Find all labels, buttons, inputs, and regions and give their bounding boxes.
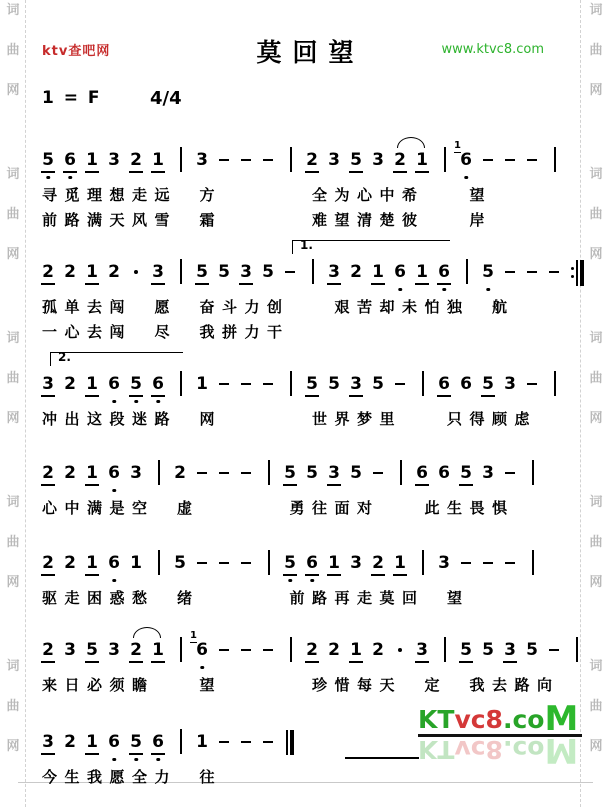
music-line-3: 321656155356653	[42, 372, 570, 408]
note-token: 1	[86, 732, 98, 752]
bar-token	[284, 150, 296, 170]
note-token: 2	[64, 374, 76, 394]
note-token: 5	[284, 463, 296, 483]
watermark-char: 网	[6, 412, 19, 425]
note-token: 6	[394, 262, 406, 282]
watermark-char: 词	[589, 4, 602, 17]
note-token: 3	[438, 553, 450, 573]
key-signature: 1 = F	[42, 88, 102, 108]
note-token: 1	[196, 732, 208, 752]
note-token: 5	[482, 374, 494, 394]
note-token: 2	[64, 732, 76, 752]
watermark-char: 词	[6, 332, 19, 345]
bar-token	[284, 640, 296, 660]
lyric-line: 孤单去闯 愿 奋斗力创 艰苦却未怕独 航	[42, 296, 570, 321]
dash-token	[240, 150, 252, 170]
music-line-1: 561321323532161	[42, 148, 570, 184]
watermark-char: 词	[6, 4, 19, 17]
note-token: 2	[42, 262, 54, 282]
note-token: 6	[108, 374, 120, 394]
dash-token	[526, 150, 538, 170]
note-token: 3	[64, 640, 76, 660]
note-token: 6	[152, 732, 164, 752]
site-url-link[interactable]: www.ktvc8.com	[442, 42, 544, 57]
note-token: 1	[130, 553, 142, 573]
bar-token	[438, 640, 450, 660]
right-dashed-divider	[580, 0, 581, 807]
dash-token	[526, 374, 538, 394]
bar-token	[284, 374, 296, 394]
bar-token	[460, 262, 472, 282]
time-signature: 4/4	[150, 88, 182, 109]
dash-token	[240, 463, 252, 483]
note-token: 2	[42, 553, 54, 573]
watermark-char: 曲	[589, 372, 602, 385]
watermark-char: 网	[589, 576, 602, 589]
lyric-line: 前路满天风雪 霜 难望清楚彼 岸	[42, 209, 570, 234]
watermark-char: 网	[589, 248, 602, 261]
note-token: 3	[130, 463, 142, 483]
dash-token	[218, 150, 230, 170]
bar-token	[152, 553, 164, 573]
note-token: 61	[460, 150, 472, 170]
dash-token	[548, 640, 560, 660]
note-token: 2	[306, 150, 318, 170]
note-token: 2	[130, 150, 142, 170]
dash-token	[218, 732, 230, 752]
note-token: 5	[42, 150, 54, 170]
right-margin-watermark: 词曲网词曲网词曲网词曲网词曲网	[588, 4, 604, 780]
note-token: 6	[152, 374, 164, 394]
music-line-6: 23532161221235535	[42, 638, 570, 674]
note-token: 2	[108, 262, 120, 282]
note-token: 5	[306, 463, 318, 483]
note-token: 5	[284, 553, 296, 573]
note-token: 1	[372, 262, 384, 282]
bar-token	[174, 640, 186, 660]
watermark-char: 曲	[6, 700, 19, 713]
note-token: 1	[86, 553, 98, 573]
watermark-char: 词	[6, 496, 19, 509]
dash-token	[262, 150, 274, 170]
dash-token	[262, 732, 274, 752]
note-token: 5	[306, 374, 318, 394]
logo-co: .co	[503, 707, 545, 732]
note-token: 3	[42, 374, 54, 394]
lyric-line: 心中满是空 虚 勇往面对 此生畏惧	[42, 497, 570, 522]
note-token: 6	[438, 463, 450, 483]
note-token: 1	[350, 640, 362, 660]
watermark-char: 网	[589, 84, 602, 97]
bar-token	[262, 553, 274, 573]
note-token: 5	[218, 262, 230, 282]
note-token: 1	[152, 150, 164, 170]
watermark-char: 曲	[589, 208, 602, 221]
music-line-5: 2216155613213	[42, 551, 570, 587]
note-token: 6	[306, 553, 318, 573]
bar-token	[394, 463, 406, 483]
dash-token	[240, 732, 252, 752]
note-token: 3	[482, 463, 494, 483]
note-token: 2	[130, 640, 142, 660]
dash-token	[460, 553, 472, 573]
watermark-char: 词	[589, 332, 602, 345]
note-token: 2	[372, 640, 384, 660]
note-token: 5	[526, 640, 538, 660]
watermark-char: 词	[589, 660, 602, 673]
bar-token	[416, 553, 428, 573]
note-token: 1	[86, 374, 98, 394]
note-token: 3	[328, 262, 340, 282]
note-token: 6	[460, 374, 472, 394]
note-token: 3	[240, 262, 252, 282]
note-token: 5	[350, 150, 362, 170]
lyric-line: 冲出这段迷路 网 世界梦里 只得顾虑	[42, 408, 570, 433]
note-token: 3	[350, 374, 362, 394]
note-token: 5	[460, 463, 472, 483]
note-token: 3	[196, 150, 208, 170]
note-token: 3	[416, 640, 428, 660]
note-token: 1	[394, 553, 406, 573]
bar-token	[570, 640, 582, 660]
note-token: 61	[196, 640, 208, 660]
dash-token	[262, 640, 274, 660]
logo-reflection: KTvc8.coM	[418, 737, 588, 762]
volta-1-label: 1.	[300, 238, 313, 252]
watermark-char: 词	[6, 168, 19, 181]
lyric-line: 寻觅理想走远 方 全为心中希 望	[42, 184, 570, 209]
dash-token	[394, 374, 406, 394]
bar-token	[174, 150, 186, 170]
watermark-char: 网	[6, 576, 19, 589]
note-token: 6	[64, 150, 76, 170]
lyric-line: 今生我愿全力 往	[42, 766, 570, 791]
volta-1-bracket: 1.	[292, 240, 450, 254]
watermark-char: 词	[6, 660, 19, 673]
grace-note: 1	[190, 631, 197, 643]
note-token: 1	[196, 374, 208, 394]
note-token: 6	[108, 553, 120, 573]
dash-token	[482, 150, 494, 170]
note-token: 2	[42, 640, 54, 660]
dash-token	[196, 553, 208, 573]
note-token: 2	[394, 150, 406, 170]
watermark-char: 曲	[6, 44, 19, 57]
watermark-char: 曲	[6, 536, 19, 549]
lyric-line: 驱走困惑愁 绪 前路再走莫回 望	[42, 587, 570, 612]
dash-token	[504, 262, 516, 282]
logo-m: M	[544, 707, 578, 732]
note-token: 2	[306, 640, 318, 660]
note-token: 6	[108, 463, 120, 483]
note-token: 3	[372, 150, 384, 170]
music-line-2: 2212355353216165	[42, 260, 570, 296]
slur-arc-group: 21	[394, 150, 428, 170]
note-token: 5	[482, 640, 494, 660]
bar-token	[548, 374, 560, 394]
note-token: 1	[152, 640, 164, 660]
volta-2-label: 2.	[58, 350, 71, 364]
bar-token	[174, 262, 186, 282]
note-token: 3	[328, 150, 340, 170]
note-token: 5	[196, 262, 208, 282]
lyric-line: 来日必须瞻 望 珍惜每天 定 我去路向	[42, 674, 570, 699]
dash-token	[240, 553, 252, 573]
note-token: 3	[42, 732, 54, 752]
note-token: 3	[108, 640, 120, 660]
repeat-end-token	[570, 262, 582, 282]
note-token: 1	[86, 262, 98, 282]
volta-row: 1.	[42, 234, 570, 260]
watermark-char: 词	[589, 168, 602, 181]
dash-token	[196, 463, 208, 483]
note-token: 2	[372, 553, 384, 573]
note-token: 1	[416, 150, 428, 170]
logo-dash-line	[345, 757, 419, 759]
bar-token	[526, 463, 538, 483]
bar-token	[416, 374, 428, 394]
bar-token	[262, 463, 274, 483]
dash-token	[526, 262, 538, 282]
watermark-char: 曲	[589, 700, 602, 713]
note-token: 2	[328, 640, 340, 660]
note-token: 3	[108, 150, 120, 170]
note-token: 2	[64, 262, 76, 282]
note-token: 1	[416, 262, 428, 282]
watermark-char: 网	[6, 248, 19, 261]
dash-token	[218, 553, 230, 573]
note-token: 2	[42, 463, 54, 483]
dash-token	[548, 262, 560, 282]
note-token: 2	[64, 463, 76, 483]
note-token: 5	[328, 374, 340, 394]
note-token: 3	[152, 262, 164, 282]
ktvc8-logo-text: KTvc8.coM	[418, 707, 588, 732]
ktvc8-logo[interactable]: KTvc8.coM KTvc8.coM	[418, 707, 588, 762]
sheet-content: ktv查吧网 莫回望 www.ktvc8.com 1 = F 4/4 56132…	[40, 0, 570, 807]
note-token: 2	[350, 262, 362, 282]
dash-token	[504, 463, 516, 483]
dash-token	[240, 374, 252, 394]
watermark-char: 曲	[589, 44, 602, 57]
watermark-char: 词	[589, 496, 602, 509]
note-token: 3	[350, 553, 362, 573]
note-token: 5	[460, 640, 472, 660]
watermark-char: 网	[589, 412, 602, 425]
note-token: 5	[174, 553, 186, 573]
note-token: 3	[504, 640, 516, 660]
bar-token	[306, 262, 318, 282]
note-token: 5	[372, 374, 384, 394]
note-token: 5	[262, 262, 274, 282]
note-token: 6	[416, 463, 428, 483]
logo-kt: KT	[418, 707, 454, 732]
note-token: 1	[328, 553, 340, 573]
dash-token	[218, 640, 230, 660]
bar-token	[174, 374, 186, 394]
note-token: 3	[504, 374, 516, 394]
lyric-line: 一心去闯 尽 我拼力干	[42, 321, 570, 346]
note-token: 6	[438, 374, 450, 394]
note-token: 2	[64, 553, 76, 573]
score: 561321323532161 寻觅理想走远 方 全为心中希 望 前路满天风雪 …	[42, 148, 570, 791]
dash-token	[240, 640, 252, 660]
dash-token	[504, 150, 516, 170]
volta-row: 2.	[42, 346, 570, 372]
note-token: 6	[438, 262, 450, 282]
watermark-char: 曲	[6, 372, 19, 385]
note-token: 5	[86, 640, 98, 660]
dash-token	[284, 262, 296, 282]
dash-token	[218, 463, 230, 483]
note-token: 5	[350, 463, 362, 483]
dash-token	[262, 374, 274, 394]
adot-token	[394, 640, 406, 660]
dash-token	[372, 463, 384, 483]
bar-token	[174, 732, 186, 752]
final-bar-token	[284, 732, 296, 752]
bar-token	[548, 150, 560, 170]
music-line-4: 22163255356653	[42, 461, 570, 497]
adot-token	[130, 262, 142, 282]
watermark-char: 网	[6, 84, 19, 97]
watermark-char: 曲	[589, 536, 602, 549]
watermark-char: 网	[589, 740, 602, 753]
bar-token	[152, 463, 164, 483]
note-token: 5	[130, 374, 142, 394]
note-token: 5	[130, 732, 142, 752]
note-token: 6	[108, 732, 120, 752]
dash-token	[218, 374, 230, 394]
bar-token	[438, 150, 450, 170]
note-token: 5	[482, 262, 494, 282]
note-token: 3	[328, 463, 340, 483]
volta-2-bracket: 2.	[50, 352, 183, 366]
note-token: 1	[86, 463, 98, 483]
bar-token	[526, 553, 538, 573]
dash-token	[482, 553, 494, 573]
watermark-char: 网	[6, 740, 19, 753]
slur-arc-group: 21	[130, 640, 164, 660]
dash-token	[504, 553, 516, 573]
left-margin-watermark: 词曲网词曲网词曲网词曲网词曲网	[5, 4, 21, 780]
note-token: 1	[86, 150, 98, 170]
note-token: 2	[174, 463, 186, 483]
left-dashed-divider	[25, 0, 26, 807]
logo-vc8: vc8	[454, 707, 503, 732]
grace-note: 1	[454, 141, 461, 153]
watermark-char: 曲	[6, 208, 19, 221]
